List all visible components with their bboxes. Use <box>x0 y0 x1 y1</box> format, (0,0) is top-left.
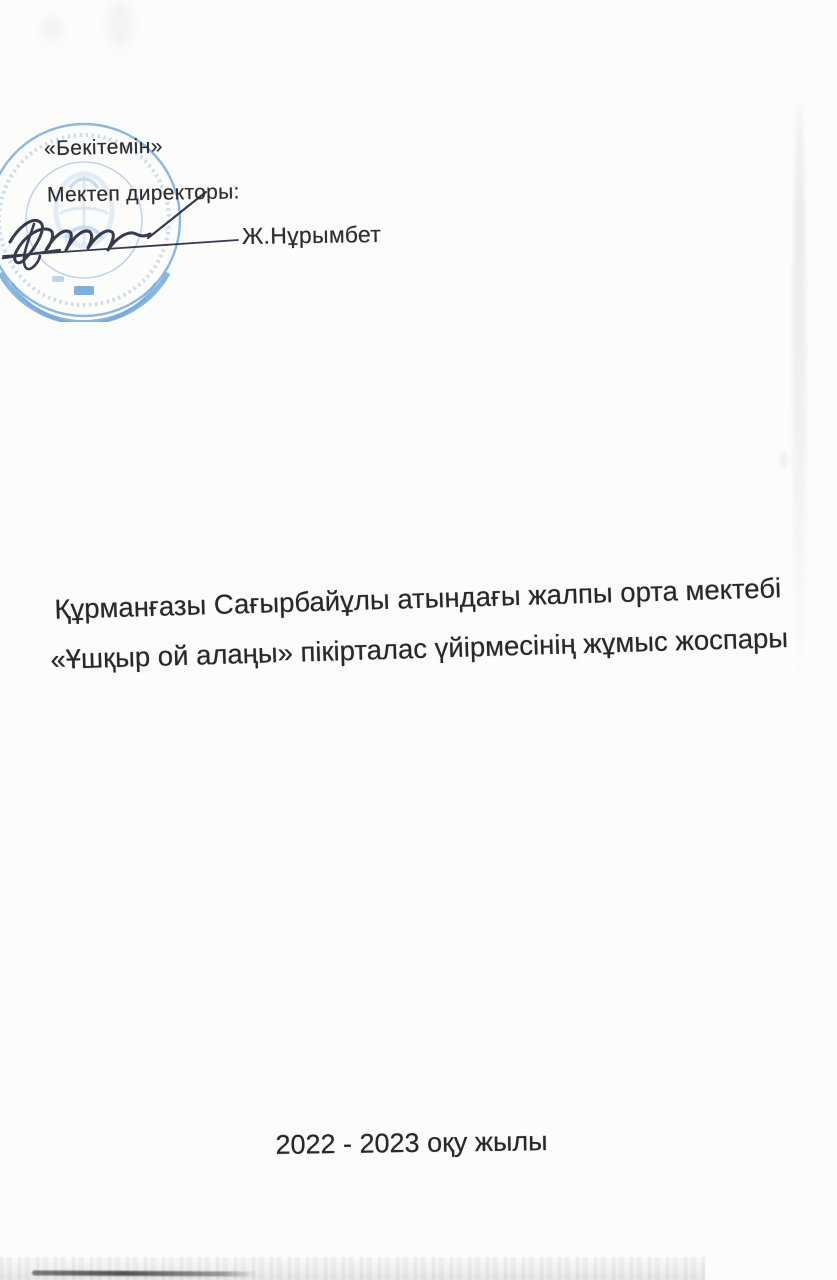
document-title: Құрманғазы Сағырбайұлы атындағы жалпы ор… <box>0 562 837 687</box>
director-label: Мектеп директоры: <box>47 180 240 207</box>
scan-speck-right <box>779 452 788 468</box>
scan-dark-streak-bottom <box>32 1270 257 1276</box>
scan-smudge-top-left <box>42 16 62 42</box>
scan-noise-bottom <box>0 1257 705 1280</box>
director-name: Ж.Нұрымбет <box>242 221 381 250</box>
approval-label: «Бекітемін» <box>44 135 163 161</box>
scanned-document-page: «Бекітемін» Мектеп директоры: Ж.Нұрымбет… <box>0 0 837 1280</box>
academic-year: 2022 - 2023 оқу жылы <box>0 1122 823 1164</box>
scan-smudge-top <box>108 0 132 48</box>
